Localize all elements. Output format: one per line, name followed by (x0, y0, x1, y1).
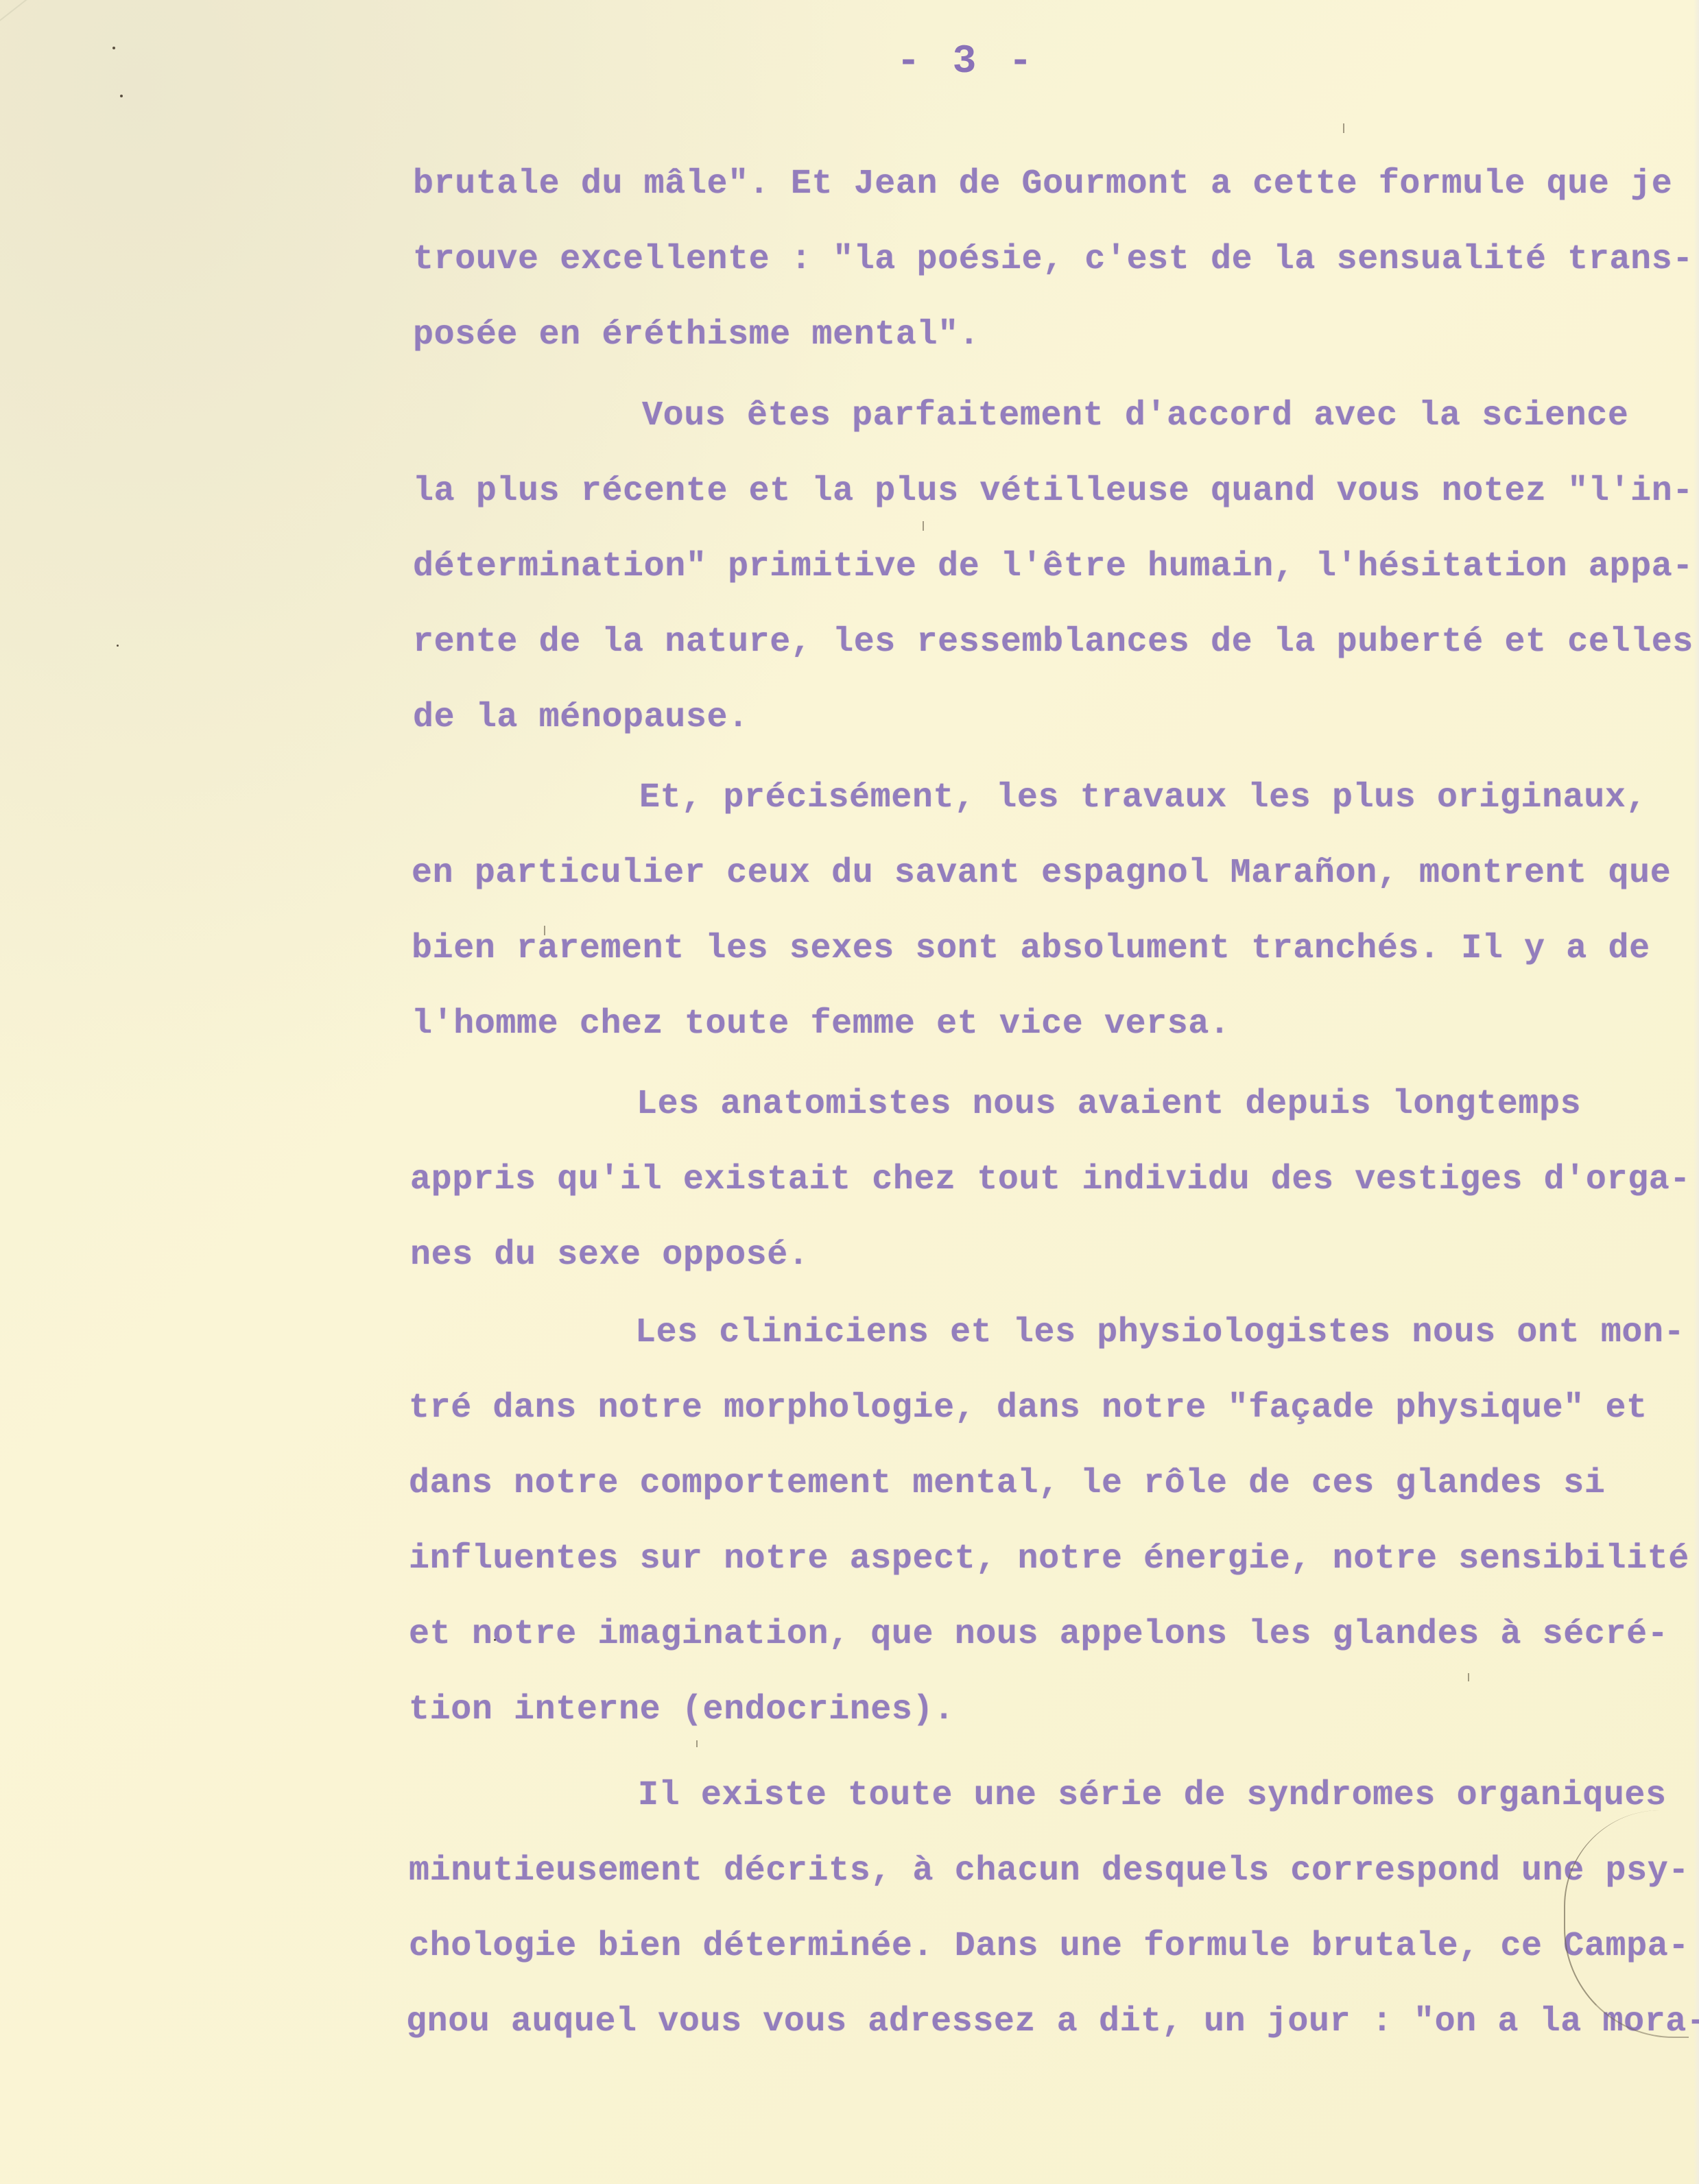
ink-speck (494, 1639, 496, 1641)
pencil-tick (544, 926, 545, 935)
text-line: et notre imagination, que nous appelons … (409, 1615, 1668, 1654)
text-line: chologie bien déterminée. Dans une formu… (409, 1927, 1689, 1966)
text-line: en particulier ceux du savant espagnol M… (412, 854, 1671, 893)
text-line: dans notre comportement mental, le rôle … (409, 1464, 1605, 1503)
pencil-tick (1343, 123, 1344, 133)
text-line: posée en éréthisme mental". (413, 315, 979, 355)
pencil-tick (1468, 1673, 1469, 1681)
ink-speck (120, 95, 123, 97)
text-line: tion interne (endocrines). (409, 1690, 955, 1729)
text-line: bien rarement les sexes sont absolument … (412, 929, 1650, 968)
text-line: gnou auquel vous vous adressez a dit, un… (406, 2002, 1699, 2041)
text-line: trouve excellente : "la poésie, c'est de… (413, 240, 1694, 279)
text-line: minutieusement décrits, à chacun desquel… (409, 1851, 1689, 1891)
typewritten-page: - 3 - brutale du mâle". Et Jean de Gourm… (0, 0, 1699, 2184)
text-line: Il existe toute une série de syndromes o… (638, 1776, 1667, 1815)
text-line: l'homme chez toute femme et vice versa. (412, 1005, 1231, 1044)
text-line: nes du sexe opposé. (410, 1236, 809, 1275)
pencil-tick (696, 1740, 698, 1747)
page-number: - 3 - (896, 40, 1036, 84)
text-line: rente de la nature, les ressemblances de… (413, 623, 1694, 662)
text-line: détermination" primitive de l'être humai… (413, 547, 1694, 586)
ink-speck (117, 645, 119, 647)
paper-fold-mark (0, 0, 81, 43)
text-line: Et, précisément, les travaux les plus or… (639, 778, 1647, 817)
pencil-tick (923, 521, 924, 531)
text-line: Les cliniciens et les physiologistes nou… (635, 1313, 1685, 1352)
text-line: influentes sur notre aspect, notre énerg… (409, 1539, 1689, 1579)
ink-speck (112, 47, 115, 49)
text-line: la plus récente et la plus vétilleuse qu… (413, 472, 1694, 511)
text-line: brutale du mâle". Et Jean de Gourmont a … (413, 165, 1672, 204)
text-line: Vous êtes parfaitement d'accord avec la … (642, 396, 1628, 435)
text-line: appris qu'il existait chez tout individu… (410, 1160, 1691, 1199)
text-line: de la ménopause. (413, 698, 749, 737)
text-line: Les anatomistes nous avaient depuis long… (637, 1085, 1581, 1124)
text-line: tré dans notre morphologie, dans notre "… (409, 1389, 1648, 1428)
page-edge (1694, 0, 1699, 2184)
